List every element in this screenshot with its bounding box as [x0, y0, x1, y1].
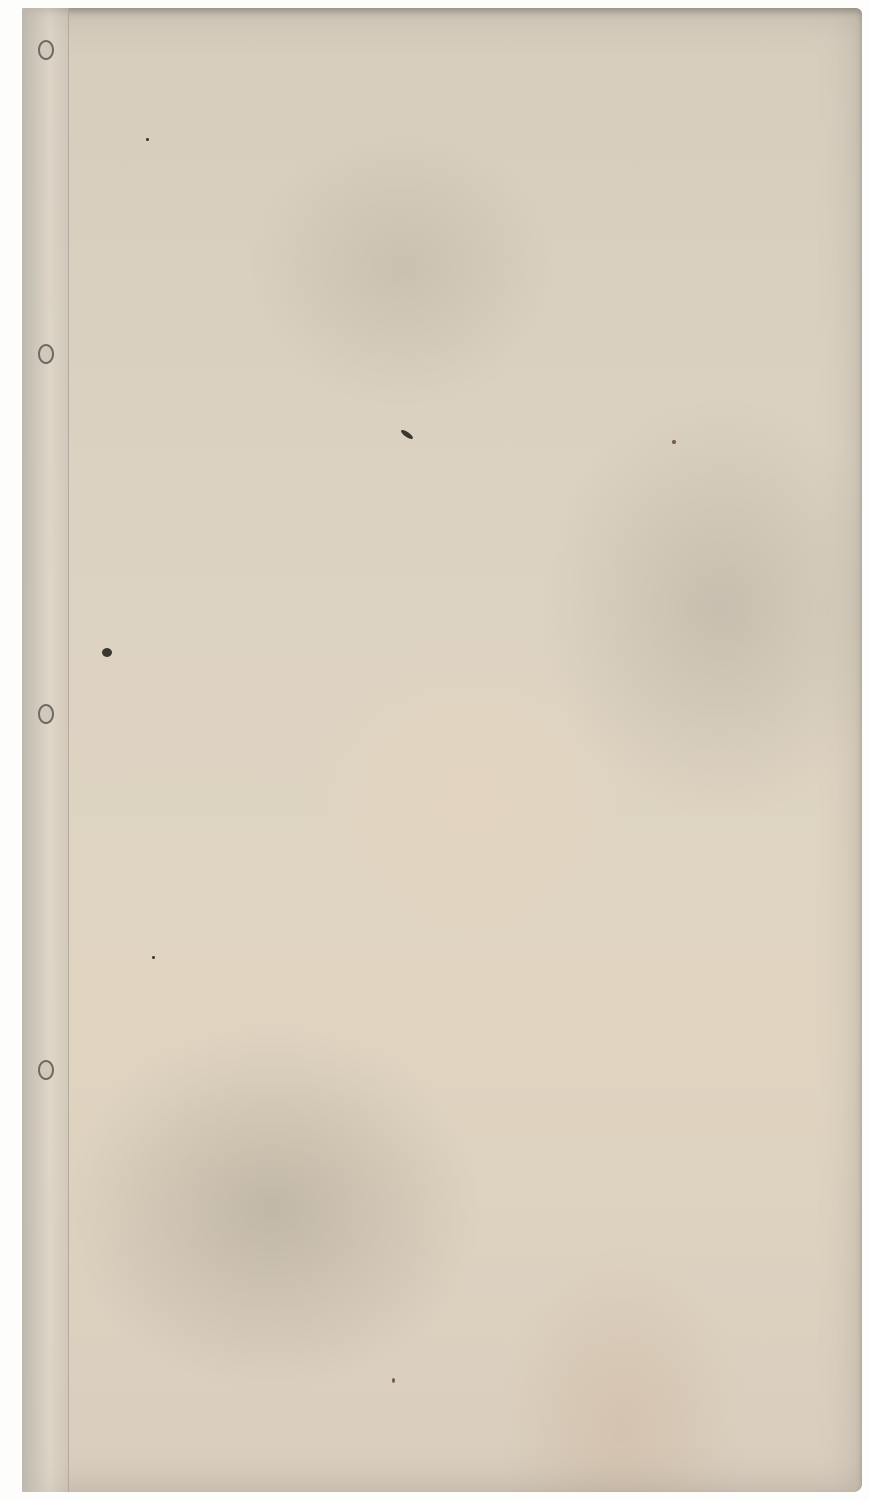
binding-hole	[38, 344, 54, 364]
binding-hole	[38, 1060, 54, 1080]
binding-hole	[38, 704, 54, 724]
ink-spot	[672, 440, 676, 444]
binding-hole	[38, 40, 54, 60]
ink-spot	[146, 138, 149, 141]
book-cover	[22, 8, 862, 1492]
spine-edge	[22, 8, 69, 1492]
ink-spot	[392, 1378, 395, 1383]
ink-spot	[152, 956, 155, 959]
ink-spot	[400, 428, 414, 440]
ink-spot	[102, 648, 112, 657]
